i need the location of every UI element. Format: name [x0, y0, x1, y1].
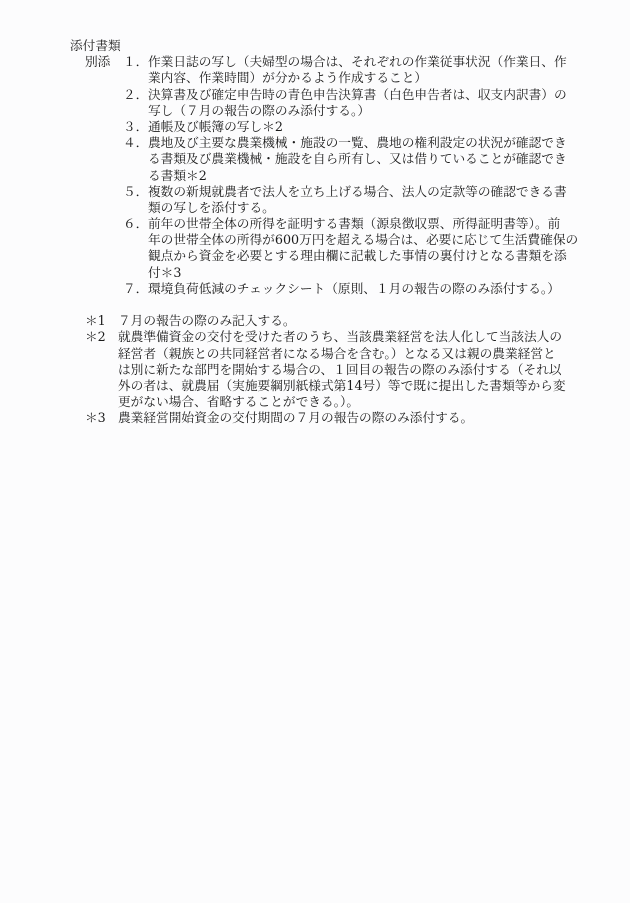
item-1-line-1: 別添１．作業日誌の写し（夫婦型の場合は、それぞれの作業従事状況（作業日、作: [0, 54, 630, 70]
footnote-2-marker: ＊2: [85, 329, 118, 345]
item-2-text: 決算書及び確定申告時の青色申告決算書（白色申告者は、収支内訳書）の: [148, 87, 567, 102]
item-5-number: ５．: [123, 184, 148, 200]
item-2-line-2: 写し（７月の報告の際のみ添付する。）: [0, 103, 630, 119]
attachment-label: 別添: [85, 54, 123, 70]
item-2-number: ２．: [123, 87, 148, 103]
item-6-line-1: ６．前年の世帯全体の所得を証明する書類（源泉徴収票、所得証明書等）。前: [0, 216, 630, 232]
item-7-text: 環境負荷低減のチェックシート（原則、１月の報告の際のみ添付する。）: [148, 281, 560, 296]
item-6-line-2: 年の世帯全体の所得が600万円を超える場合は、必要に応じて生活費確保の: [0, 232, 630, 248]
item-7-line-1: ７．環境負荷低減のチェックシート（原則、１月の報告の際のみ添付する。）: [0, 281, 630, 297]
footnote-2-line-3: は別に新たな部門を開始する場合の、１回目の報告の際のみ添付する（それ以: [0, 362, 630, 378]
blank-separator: [0, 297, 630, 313]
item-6-number: ６．: [123, 216, 148, 232]
footnote-3-marker: ＊3: [85, 410, 118, 426]
item-5-line-2: 類の写しを添付する。: [0, 200, 630, 216]
item-6-text: 前年の世帯全体の所得を証明する書類（源泉徴収票、所得証明書等）。前: [148, 216, 560, 231]
item-3-text: 通帳及び帳簿の写し＊2: [148, 119, 283, 134]
item-3-line-1: ３．通帳及び帳簿の写し＊2: [0, 119, 630, 135]
item-4-line-2: る書類及び農業機械・施設を自ら所有し、又は借りていることが確認でき: [0, 151, 630, 167]
item-4-number: ４．: [123, 135, 148, 151]
item-6-line-4: 付＊3: [0, 265, 630, 281]
footnote-2-line-5: 更がない場合、省略することができる。）。: [0, 394, 630, 410]
document-page: 添付書類 別添１．作業日誌の写し（夫婦型の場合は、それぞれの作業従事状況（作業日…: [0, 0, 630, 903]
item-5-text: 複数の新規就農者で法人を立ち上げる場合、法人の定款等の確認できる書: [148, 184, 567, 199]
item-3-number: ３．: [123, 119, 148, 135]
page-title: 添付書類: [0, 38, 630, 54]
footnote-3-text: 農業経営開始資金の交付期間の７月の報告の際のみ添付する。: [118, 410, 473, 425]
item-5-line-1: ５．複数の新規就農者で法人を立ち上げる場合、法人の定款等の確認できる書: [0, 184, 630, 200]
item-2-line-1: ２．決算書及び確定申告時の青色申告決算書（白色申告者は、収支内訳書）の: [0, 87, 630, 103]
footnote-1-line-1: ＊1７月の報告の際のみ記入する。: [0, 313, 630, 329]
item-1-text: 作業日誌の写し（夫婦型の場合は、それぞれの作業従事状況（作業日、作: [148, 54, 567, 69]
footnote-3-line-1: ＊3農業経営開始資金の交付期間の７月の報告の際のみ添付する。: [0, 410, 630, 426]
item-1-line-2: 業内容、作業時間）が分かるよう作成すること）: [0, 70, 630, 86]
footnote-1-text: ７月の報告の際のみ記入する。: [118, 313, 296, 328]
item-7-number: ７．: [123, 281, 148, 297]
item-6-line-3: 観点から資金を必要とする理由欄に記載した事情の裏付けとなる書類を添: [0, 248, 630, 264]
footnote-2-line-2: 経営者（親族との共同経営者になる場合を含む。）となる又は親の農業経営と: [0, 346, 630, 362]
item-1-number: １．: [123, 54, 148, 70]
footnote-2-line-4: 外の者は、就農届（実施要綱別紙様式第14号）等で既に提出した書類等から変: [0, 378, 630, 394]
item-4-line-1: ４．農地及び主要な農業機械・施設の一覧、農地の権利設定の状況が確認でき: [0, 135, 630, 151]
footnote-1-marker: ＊1: [85, 313, 118, 329]
item-4-text: 農地及び主要な農業機械・施設の一覧、農地の権利設定の状況が確認でき: [148, 135, 567, 150]
footnote-2-text: 就農準備資金の交付を受けた者のうち、当該農業経営を法人化して当該法人の: [118, 329, 562, 344]
item-4-line-3: る書類＊2: [0, 168, 630, 184]
footnote-2-line-1: ＊2就農準備資金の交付を受けた者のうち、当該農業経営を法人化して当該法人の: [0, 329, 630, 345]
